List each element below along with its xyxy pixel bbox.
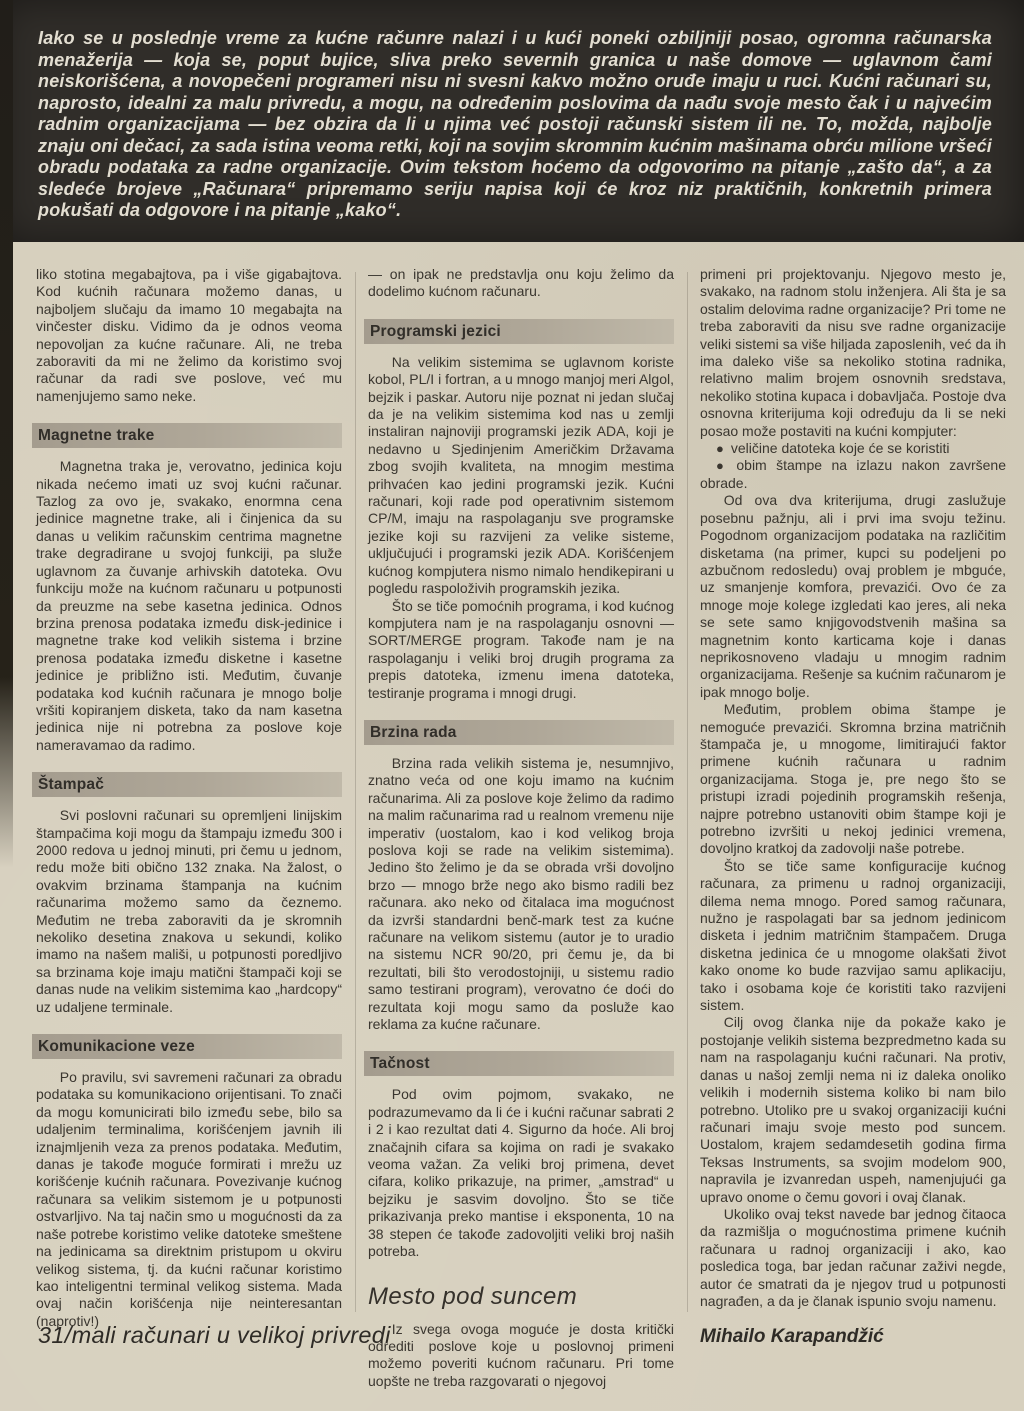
body-paragraph: Magnetna traka je, verovatno, jedinica k…	[36, 458, 342, 754]
section-heading-tacnost: Tačnost	[364, 1051, 674, 1076]
bullet-item: ●veličine datoteka koje će se koristiti	[700, 440, 1006, 457]
subsection-title-mesto-pod-suncem: Mesto pod suncem	[368, 1283, 674, 1311]
magazine-page: Iako se u poslednje vreme za kućne račun…	[0, 0, 1024, 1411]
body-paragraph: Iz svega ovoga moguće je dosta kritički …	[368, 1321, 674, 1391]
body-paragraph: Što se tiče same konfiguracije kućnog ra…	[700, 858, 1006, 1015]
body-paragraph: Cilj ovog članka nije da pokaže kako je …	[700, 1014, 1006, 1205]
bullet-icon: ●	[716, 458, 729, 473]
body-paragraph: Na velikim sistemima se uglavnom koriste…	[368, 354, 674, 598]
article-columns: liko stotina megabajtova, pa i više giga…	[36, 266, 1008, 1390]
body-paragraph: Ukoliko ovaj tekst navede bar jednog čit…	[700, 1206, 1006, 1310]
page-number-footer: 31/mali računari u velikoj privredi	[38, 1322, 391, 1349]
section-heading-komunikacione-veze: Komunikacione veze	[32, 1034, 342, 1059]
section-heading-magnetne-trake: Magnetne trake	[32, 423, 342, 448]
column-left: liko stotina megabajtova, pa i više giga…	[36, 266, 342, 1390]
body-paragraph: primeni pri projektovanju. Njegovo mesto…	[700, 266, 1006, 440]
bullet-text: veličine datoteka koje će se koristiti	[731, 440, 950, 456]
bullet-icon: ●	[716, 441, 724, 456]
body-paragraph: Po pravilu, svi savremeni računari za ob…	[36, 1069, 342, 1330]
body-paragraph: Pod ovim pojmom, svakako, ne podrazumeva…	[368, 1086, 674, 1260]
body-paragraph: liko stotina megabajtova, pa i više giga…	[36, 266, 342, 405]
bullet-item: ●obim štampe na izlazu nakon završene ob…	[700, 457, 1006, 492]
section-heading-stampac: Štampač	[32, 772, 342, 797]
body-paragraph: Međutim, problem obima štampe je nemoguć…	[700, 701, 1006, 858]
author-signature: Mihailo Karapandžić	[700, 1326, 1006, 1348]
section-heading-programski-jezici: Programski jezici	[364, 319, 674, 344]
body-paragraph: — on ipak ne predstavlja onu koju želimo…	[368, 266, 674, 301]
body-paragraph: Svi poslovni računari su opremljeni lini…	[36, 807, 342, 1016]
page-edge-shadow	[0, 0, 13, 868]
body-paragraph: Od ova dva kriterijuma, drugi zaslužuje …	[700, 492, 1006, 701]
column-middle: — on ipak ne predstavlja onu koju želimo…	[368, 266, 674, 1390]
intro-banner: Iako se u poslednje vreme za kućne račun…	[0, 0, 1024, 242]
body-paragraph: Brzina rada velikih sistema je, nesumnji…	[368, 755, 674, 1034]
section-heading-brzina-rada: Brzina rada	[364, 720, 674, 745]
body-paragraph: Što se tiče pomoćnih programa, i kod kuć…	[368, 598, 674, 702]
intro-text: Iako se u poslednje vreme za kućne račun…	[0, 0, 1024, 222]
bullet-text: obim štampe na izlazu nakon završene obr…	[700, 457, 1006, 490]
column-right: primeni pri projektovanju. Njegovo mesto…	[700, 266, 1006, 1390]
